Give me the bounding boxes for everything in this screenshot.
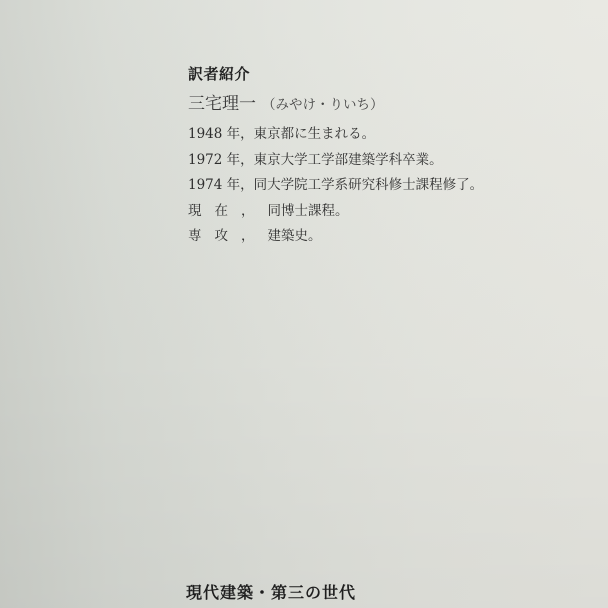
biography-text: 同博士課程。 [268, 203, 349, 219]
biography-label: 1948 年， [188, 122, 254, 148]
biography-label: 1974 年， [188, 173, 254, 199]
biography-item-1972: 1972 年，東京大学工学部建築学科卒業。 [188, 148, 483, 174]
biography-list: 1948 年，東京都に生まれる。 1972 年，東京大学工学部建築学科卒業。 1… [188, 122, 483, 250]
biography-text: 建築史。 [268, 228, 322, 244]
section-heading: 訳者紹介 [188, 64, 483, 84]
biography-item-1974: 1974 年，同大学院工学系研究科修士課程修了。 [188, 173, 483, 199]
biography-item-1948: 1948 年，東京都に生まれる。 [188, 122, 483, 148]
biography-text: 東京大学工学部建築学科卒業。 [254, 152, 443, 168]
biography-text: 同大学院工学系研究科修士課程修了。 [254, 177, 484, 193]
name-reading: （みやけ・りいち） [262, 97, 384, 113]
biography-label: 専攻， [188, 224, 268, 250]
translator-profile: 訳者紹介 三宅理一（みやけ・りいち） 1948 年，東京都に生まれる。 1972… [188, 64, 483, 250]
book-title: 現代建築・第三の世代 [186, 580, 356, 603]
translator-name: 三宅理一 [188, 94, 256, 114]
biography-item-specialty: 専攻，建築史。 [188, 224, 483, 250]
biography-label: 現在， [188, 199, 268, 225]
biography-label: 1972 年， [188, 148, 254, 174]
biography-item-current: 現在，同博士課程。 [188, 199, 483, 225]
translator-name-line: 三宅理一（みやけ・りいち） [188, 93, 483, 116]
biography-text: 東京都に生まれる。 [254, 126, 376, 142]
